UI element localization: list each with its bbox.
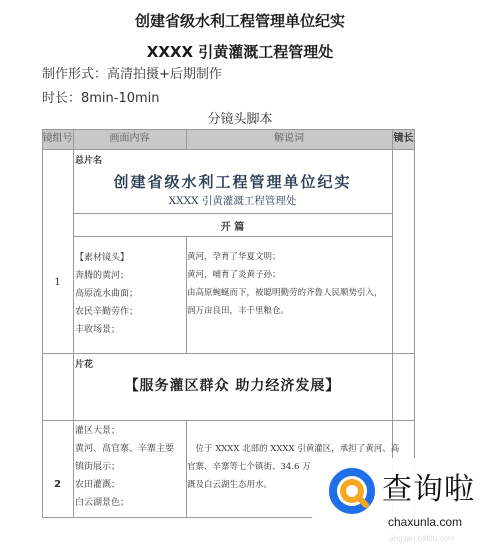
scene-line: 高原流水曲面；	[75, 285, 138, 303]
duration: 时长：8min-10min	[42, 87, 160, 106]
scene-line: 农民辛勤劳作；	[75, 303, 138, 321]
header-duration: 镜长	[392, 129, 415, 149]
watermark-url: chaxunla.com	[388, 515, 462, 529]
opening-label: 开 篇	[73, 218, 392, 233]
narration-line: 由高原蜿蜒而下，被聪明勤劳的齐鲁人民顺势引入，	[187, 284, 383, 302]
row-1-scene: 【素材镜头】 奔腾的黄河； 高原流水曲面； 农民辛勤劳作； 丰收场景；	[75, 249, 138, 339]
narration-line: 黄河，孕育了华夏文明；	[187, 248, 383, 266]
row-2-group-no: 2	[42, 479, 73, 490]
interlude-label: 片花	[75, 357, 93, 370]
film-sub-title: XXXX 引黄灌溉工程管理处	[73, 193, 392, 208]
divider	[73, 236, 392, 237]
header-group-no: 镜组号	[42, 129, 73, 149]
header-narration: 解说词	[186, 129, 392, 149]
divider	[42, 420, 415, 421]
document-subtitle: XXXX 引黄灌溉工程管理处	[0, 41, 480, 62]
narration-line: 位于 XXXX 北部的 XXXX 引黄灌区，承担了黄河、高	[187, 440, 399, 458]
row-2-scene: 灌区大景； 黄河、高官寨、辛寨主要 镇街展示； 农田灌溉； 白云湖景色；	[75, 422, 174, 512]
divider	[42, 149, 415, 150]
divider	[42, 129, 43, 518]
film-main-title: 创建省级水利工程管理单位纪实	[73, 171, 392, 192]
scene-line: 奔腾的黄河；	[75, 267, 138, 285]
scene-line: 黄河、高官寨、辛寨主要	[75, 440, 174, 458]
scene-line: 【素材镜头】	[75, 249, 138, 267]
header-scene: 画面内容	[73, 129, 186, 149]
watermark: 查询啦 chaxunla.com jingyan.baidu.com	[312, 458, 480, 549]
row-1-group-no: 1	[42, 277, 73, 288]
divider	[42, 353, 415, 354]
script-title: 分镜头脚本	[0, 108, 480, 127]
scene-line: 农田灌溉；	[75, 476, 174, 494]
watermark-faint: jingyan.baidu.com	[390, 534, 454, 543]
production-format: 制作形式：高清拍摄+后期制作	[42, 63, 222, 82]
narration-line: 润万亩良田，丰千里粮仓。	[187, 302, 383, 320]
narration-line: 黄河，哺育了炎黄子孙；	[187, 266, 383, 284]
scene-line: 丰收场景；	[75, 321, 138, 339]
title-section-label: 总片名	[75, 153, 102, 166]
divider	[42, 129, 415, 130]
interlude-slogan: 【服务灌区群众 助力经济发展】	[73, 375, 392, 395]
scene-line: 白云湖景色；	[75, 494, 174, 512]
watermark-brand: 查询啦	[382, 464, 475, 508]
row-1-narration: 黄河，孕育了华夏文明； 黄河，哺育了炎黄子孙； 由高原蜿蜒而下，被聪明勤劳的齐鲁…	[187, 248, 383, 320]
divider	[186, 129, 187, 149]
magnifier-logo-icon	[328, 467, 376, 515]
divider	[42, 517, 314, 518]
scene-line: 镇街展示；	[75, 458, 174, 476]
scene-line: 灌区大景；	[75, 422, 174, 440]
document-title: 创建省级水利工程管理单位纪实	[0, 10, 480, 31]
divider	[73, 213, 392, 214]
